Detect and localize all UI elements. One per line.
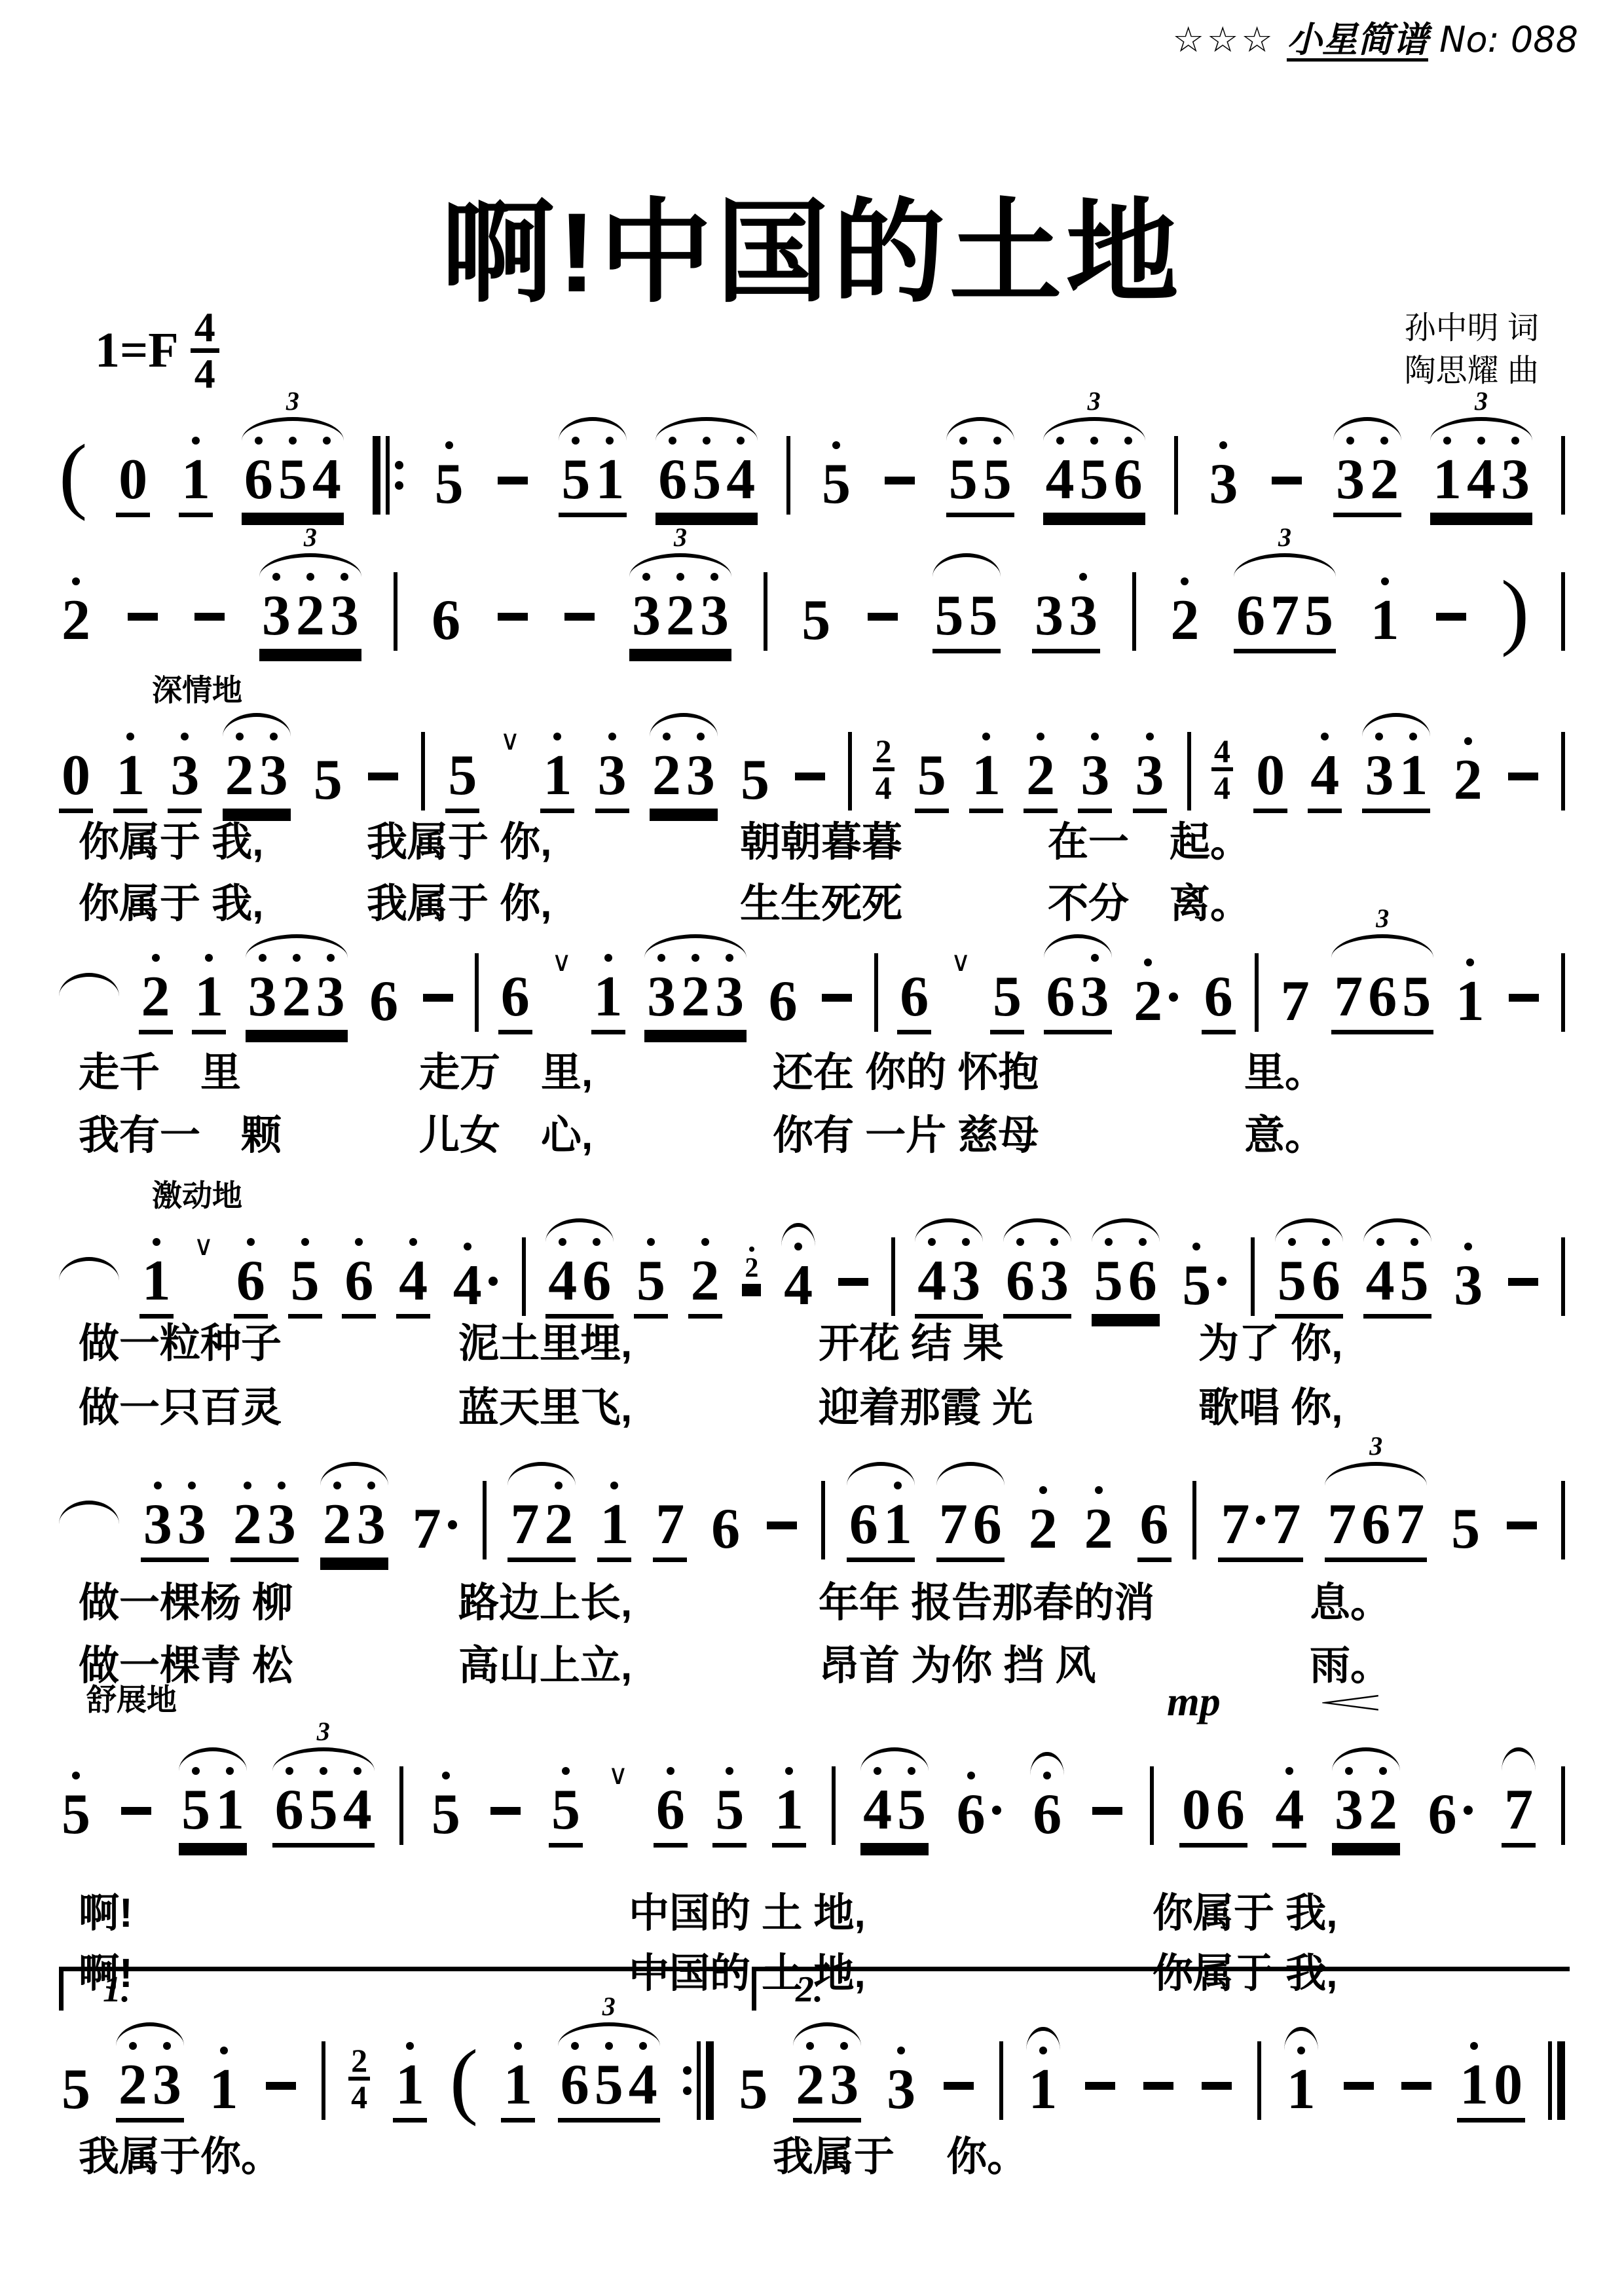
note: 2 bbox=[1131, 973, 1182, 1034]
dash-note bbox=[125, 596, 160, 653]
slur-arc-icon bbox=[915, 1218, 983, 1242]
dash-note bbox=[1269, 460, 1304, 517]
slur-arc-icon bbox=[545, 1218, 614, 1242]
lyric-segment: 还在 你的 怀抱 bbox=[773, 1040, 1039, 1098]
lyric-segment: 高山上立, bbox=[458, 1633, 632, 1691]
lyric-segment: 路边上长, bbox=[458, 1570, 632, 1628]
note: 1 bbox=[1453, 973, 1487, 1034]
slur-arc-icon bbox=[1362, 713, 1430, 737]
dash-note bbox=[1199, 2065, 1234, 2123]
dash-note bbox=[1433, 596, 1469, 653]
note: 5 bbox=[59, 1786, 93, 1848]
slur-arc-icon bbox=[1363, 1218, 1431, 1242]
lyric-segment: 做一粒种子 bbox=[79, 1311, 282, 1369]
note: 23 bbox=[320, 1496, 388, 1562]
note: 2 bbox=[1168, 592, 1202, 653]
note: 6 bbox=[654, 1781, 688, 1848]
note: 1 bbox=[772, 1781, 806, 1848]
dash-note bbox=[836, 1261, 871, 1319]
parenthesis: ( bbox=[450, 2037, 478, 2123]
note: 56 bbox=[1275, 1252, 1343, 1319]
note: 1 bbox=[179, 451, 213, 517]
slur-arc-icon bbox=[781, 1223, 815, 1247]
note: 5 bbox=[915, 747, 949, 813]
slur-arc-icon bbox=[179, 1747, 247, 1771]
dash-note bbox=[941, 2065, 976, 2123]
tempo-marking: 激动地 bbox=[152, 1172, 242, 1215]
note: 61 bbox=[847, 1496, 915, 1562]
dash-note bbox=[882, 460, 917, 517]
barline bbox=[1174, 431, 1178, 517]
slur-arc-icon bbox=[1275, 1218, 1343, 1242]
note: 6543 bbox=[558, 2056, 660, 2123]
note: 6 bbox=[766, 973, 800, 1034]
note: 10 bbox=[1457, 2056, 1525, 2123]
note: 2 bbox=[1451, 752, 1485, 813]
lyric-segment: 开花 结 果 bbox=[819, 1311, 1003, 1369]
barline bbox=[421, 727, 425, 813]
dash-note bbox=[365, 756, 401, 813]
barline bbox=[1150, 1761, 1154, 1848]
note: 46 bbox=[545, 1252, 614, 1319]
triplet-arc-icon bbox=[558, 2022, 660, 2046]
dash-note bbox=[1505, 1261, 1541, 1319]
tie-arc-icon bbox=[59, 1501, 119, 1523]
dash-note bbox=[1341, 2065, 1376, 2123]
lyric-segment: 不分 离。 bbox=[1048, 871, 1251, 929]
note: 6753 bbox=[1234, 587, 1336, 653]
note: 654 bbox=[655, 451, 758, 517]
note: 5 bbox=[1449, 1501, 1483, 1562]
note: 323 bbox=[644, 968, 747, 1034]
lyric-segment: 中国的 土 地, bbox=[629, 1880, 866, 1939]
dash-note bbox=[562, 596, 597, 653]
slur-arc-icon bbox=[847, 1462, 915, 1485]
slur-arc-icon bbox=[1502, 1747, 1536, 1771]
barline bbox=[483, 1476, 487, 1562]
note: 23 bbox=[650, 747, 718, 813]
augmentation-dot-icon bbox=[1256, 1516, 1265, 1525]
note: 5 bbox=[799, 592, 833, 653]
slur-arc-icon bbox=[936, 1462, 1005, 1485]
triplet-number: 3 bbox=[1088, 388, 1101, 414]
note: 6 bbox=[1137, 1496, 1172, 1562]
barline bbox=[1257, 2036, 1261, 2123]
lyric-segment: 你属于 我, bbox=[1153, 1880, 1337, 1939]
note: 4 bbox=[451, 1257, 502, 1319]
note: 33 bbox=[1032, 587, 1100, 653]
triplet-arc-icon bbox=[1331, 934, 1433, 958]
note: 5 bbox=[432, 456, 466, 517]
slur-arc-icon bbox=[1003, 1218, 1071, 1242]
lyric-segment: 歌唱 你, bbox=[1198, 1375, 1342, 1433]
triplet-arc-icon bbox=[1325, 1462, 1427, 1485]
dash-note bbox=[420, 977, 456, 1034]
augmentation-dot-icon bbox=[1217, 1277, 1227, 1286]
lyric-segment: 泥土里埋, bbox=[458, 1311, 632, 1369]
triplet-arc-icon bbox=[1234, 553, 1336, 577]
note: 6 bbox=[1426, 1786, 1477, 1848]
lyric-segment: 在一 起。 bbox=[1048, 809, 1251, 867]
note: 45 bbox=[860, 1781, 929, 1848]
song-title: 啊!中国的土地 bbox=[441, 162, 1182, 324]
dash-note bbox=[1090, 1790, 1125, 1848]
tempo-marking: 深情地 bbox=[152, 666, 242, 710]
note: 77 bbox=[1218, 1496, 1303, 1562]
lyric-segment: 雨。 bbox=[1310, 1633, 1391, 1691]
lyric-segment: 蓝天里飞, bbox=[458, 1375, 632, 1433]
note: 2 bbox=[1082, 1501, 1116, 1562]
barline bbox=[821, 1476, 825, 1562]
slur-arc-icon bbox=[223, 713, 291, 737]
slur-arc-icon bbox=[932, 553, 1001, 577]
barline bbox=[399, 1761, 403, 1848]
lyric-segment: 昂首 为你 挡 风 bbox=[819, 1633, 1096, 1691]
slur-arc-icon bbox=[655, 417, 758, 441]
note: 5 bbox=[990, 968, 1024, 1034]
triplet-number: 3 bbox=[1475, 388, 1488, 414]
slur-arc-icon bbox=[1284, 2027, 1318, 2050]
barline bbox=[832, 1761, 836, 1848]
note: 1 bbox=[1368, 592, 1402, 653]
note: 4563 bbox=[1043, 451, 1145, 517]
series-brand: 小星简谱 bbox=[1287, 19, 1428, 60]
note: 3 bbox=[1078, 747, 1112, 813]
note: 1 bbox=[393, 2056, 427, 2123]
barline bbox=[874, 948, 878, 1034]
note: 1 bbox=[113, 747, 147, 813]
system-verse-b: 2132366∨132366∨56326776531 bbox=[59, 936, 1565, 1034]
triplet-arc-icon bbox=[272, 1747, 375, 1771]
volta-bracket-1: 1. bbox=[59, 1967, 745, 2011]
note: 5 bbox=[549, 1781, 583, 1848]
note: 5 bbox=[634, 1252, 668, 1319]
time-signature: 4 4 bbox=[191, 306, 219, 395]
barline bbox=[394, 567, 397, 653]
triplet-number: 3 bbox=[1369, 1433, 1382, 1459]
note: 1433 bbox=[1430, 451, 1532, 517]
dash-note bbox=[1504, 1504, 1540, 1562]
dash-note bbox=[192, 596, 227, 653]
dash-note bbox=[488, 1790, 523, 1848]
note: 7 bbox=[653, 1496, 687, 1562]
augmentation-dot-icon bbox=[1169, 993, 1178, 1002]
note: 0 bbox=[1253, 747, 1287, 813]
volta-bracket-2: 2. bbox=[752, 1967, 1570, 2011]
note: 23 bbox=[793, 2056, 861, 2123]
barline bbox=[522, 1232, 526, 1319]
note: 2 bbox=[139, 968, 173, 1034]
dynamic-mp: mp bbox=[1167, 1677, 1221, 1726]
note: 2 bbox=[688, 1252, 722, 1319]
note: 51 bbox=[179, 1781, 247, 1848]
slur-arc-icon bbox=[1332, 1747, 1400, 1771]
augmentation-dot-icon bbox=[489, 1277, 498, 1286]
system-coda-a: 551654355∨65145660643267 bbox=[59, 1749, 1565, 1848]
slur-arc-icon bbox=[116, 2022, 184, 2046]
system-chorus-a: 1∨65644465224436356556453 bbox=[59, 1220, 1565, 1319]
note: 23 bbox=[116, 2056, 184, 2123]
volta-label: 2. bbox=[796, 1969, 823, 2011]
note: 23 bbox=[223, 747, 291, 813]
note: 32 bbox=[1333, 451, 1401, 517]
note: 5 bbox=[712, 1781, 747, 1848]
triplet-number: 3 bbox=[1376, 905, 1389, 932]
system-chorus-b: 33232377217661762267776735 bbox=[59, 1464, 1565, 1562]
note: 1 bbox=[969, 747, 1003, 813]
slur-arc-icon bbox=[860, 1747, 929, 1771]
augmentation-dot-icon bbox=[992, 1806, 1001, 1815]
barline bbox=[322, 2036, 325, 2123]
triplet-number: 3 bbox=[674, 524, 687, 551]
note: 7673 bbox=[1325, 1496, 1427, 1562]
note: 5 bbox=[1179, 1257, 1230, 1319]
note: 55 bbox=[946, 451, 1014, 517]
dash-note bbox=[1506, 977, 1541, 1034]
dash-note bbox=[819, 977, 855, 1034]
triplet-arc-icon bbox=[1043, 417, 1145, 441]
slur-arc-icon bbox=[650, 713, 718, 737]
inline-time-signature: 24 bbox=[348, 2044, 370, 2117]
breath-mark-icon: ∨ bbox=[500, 727, 521, 758]
slur-arc-icon bbox=[320, 1462, 388, 1485]
composer: 陶思耀 曲 bbox=[1405, 350, 1539, 393]
parenthesis: ( bbox=[59, 432, 87, 517]
slur-arc-icon bbox=[1092, 1218, 1160, 1242]
note: 6 bbox=[1030, 1786, 1064, 1848]
note: 2 bbox=[1024, 747, 1058, 813]
note: 6 bbox=[367, 973, 401, 1034]
lyric-segment: 做一只百灵 bbox=[79, 1375, 282, 1433]
note: 3 bbox=[168, 747, 202, 813]
barline bbox=[1561, 727, 1565, 813]
note: 4 bbox=[781, 1257, 815, 1319]
slur-arc-icon bbox=[793, 2022, 861, 2046]
lyric-segment: 你有 一片 慈母 bbox=[773, 1102, 1039, 1161]
note: 6 bbox=[342, 1252, 376, 1319]
note: 3233 bbox=[629, 587, 731, 653]
inline-time-signature: 44 bbox=[1211, 735, 1233, 808]
lyric-segment: 我属于你。 bbox=[79, 2124, 282, 2182]
note: 5 bbox=[311, 752, 345, 813]
slur-arc-icon bbox=[1026, 2027, 1060, 2050]
lyric-segment: 我属于 你。 bbox=[773, 2124, 1027, 2182]
lyric-segment: 做一棵杨 柳 bbox=[79, 1570, 293, 1628]
lyric-segment: 我属于 你, bbox=[367, 871, 551, 929]
note: 3 bbox=[1133, 747, 1167, 813]
note: 6 bbox=[498, 968, 532, 1034]
note: 3 bbox=[884, 2061, 918, 2123]
stars-icon: ☆☆☆ bbox=[1173, 19, 1276, 60]
note: 6 bbox=[709, 1501, 743, 1562]
inline-time-signature: 24 bbox=[873, 735, 895, 808]
dash-note bbox=[1505, 756, 1541, 813]
barline bbox=[1561, 567, 1565, 653]
note: 4 bbox=[1272, 1781, 1306, 1848]
note: 6 bbox=[429, 592, 463, 653]
dash-note bbox=[495, 460, 530, 517]
slur-arc-icon bbox=[507, 1462, 576, 1485]
triplet-number: 3 bbox=[304, 524, 317, 551]
key-signature: 1=F 4 4 bbox=[95, 306, 219, 395]
final-barline bbox=[1548, 2036, 1565, 2123]
barline bbox=[786, 431, 790, 517]
note: 7 bbox=[1502, 1781, 1536, 1848]
barline bbox=[891, 1232, 895, 1319]
note: 31 bbox=[1362, 747, 1430, 813]
note: 1 bbox=[501, 2056, 535, 2123]
note: 6 bbox=[234, 1252, 268, 1319]
dash-note bbox=[119, 1790, 154, 1848]
tie-arc-icon bbox=[59, 973, 119, 995]
note: 3 bbox=[1451, 1257, 1485, 1319]
dash-note bbox=[865, 596, 900, 653]
note: 2 bbox=[59, 592, 93, 653]
note: 43 bbox=[915, 1252, 983, 1319]
barline bbox=[1561, 1761, 1565, 1848]
note: 06 bbox=[1179, 1781, 1247, 1848]
dash-note bbox=[1141, 2065, 1176, 2123]
page-header: ☆☆☆ 小星简谱 No: 088 bbox=[1173, 12, 1578, 62]
note: 323 bbox=[246, 968, 348, 1034]
slur-arc-icon bbox=[946, 417, 1014, 441]
tempo-marking: 舒展地 bbox=[86, 1676, 177, 1719]
barline bbox=[1187, 727, 1191, 813]
triplet-number: 3 bbox=[1278, 524, 1291, 551]
credits: 孙中明 词 陶思耀 曲 bbox=[1405, 308, 1539, 393]
barline bbox=[1561, 1232, 1565, 1319]
grace-note: 2 bbox=[742, 1254, 761, 1288]
parenthesis: ) bbox=[1501, 568, 1529, 653]
note: 6 bbox=[897, 968, 931, 1034]
note: 4 bbox=[1308, 747, 1342, 813]
triplet-number: 3 bbox=[286, 388, 299, 414]
breath-mark-icon: ∨ bbox=[193, 1232, 213, 1264]
note: 76 bbox=[936, 1496, 1005, 1562]
lyric-segment: 我有一 颗 bbox=[79, 1102, 282, 1161]
note: 1 bbox=[1284, 2061, 1318, 2123]
note: 6 bbox=[1202, 968, 1236, 1034]
key-label: 1=F bbox=[95, 322, 179, 379]
lyric-segment: 啊! bbox=[79, 1880, 133, 1939]
slur-arc-icon bbox=[1044, 934, 1112, 958]
lyric-segment: 走千 里 bbox=[79, 1040, 241, 1098]
note: 56 bbox=[1092, 1252, 1160, 1319]
lyric-segment: 里。 bbox=[1244, 1040, 1325, 1098]
system-coda-b: 5231241(1654352331110 bbox=[59, 2024, 1565, 2123]
lyric-segment: 你属于 我, bbox=[79, 809, 263, 867]
barline bbox=[999, 2036, 1003, 2123]
slur-arc-icon bbox=[1030, 1752, 1064, 1776]
barline bbox=[764, 567, 767, 653]
lyric-segment: 生生死死 bbox=[740, 871, 902, 929]
repeat-start-barline bbox=[373, 431, 403, 517]
dash-note bbox=[1082, 2065, 1118, 2123]
dash-note bbox=[495, 596, 530, 653]
slur-arc-icon bbox=[644, 934, 747, 958]
augmentation-dot-icon bbox=[448, 1520, 457, 1529]
breath-mark-icon: ∨ bbox=[951, 948, 971, 979]
note: 0 bbox=[59, 747, 93, 813]
lyric-segment: 息。 bbox=[1310, 1570, 1391, 1628]
repeat-end-barline bbox=[683, 2036, 714, 2123]
dash-note bbox=[792, 756, 828, 813]
lyric-segment: 迎着那霞 光 bbox=[819, 1375, 1033, 1433]
slur-arc-icon bbox=[1333, 417, 1401, 441]
barline bbox=[1561, 948, 1565, 1034]
note: 5 bbox=[736, 2061, 770, 2123]
note: 5 bbox=[288, 1252, 322, 1319]
time-signature-numerator: 4 bbox=[191, 306, 219, 353]
barline bbox=[1561, 1476, 1565, 1562]
lyric-segment: 朝朝暮暮 bbox=[740, 809, 902, 867]
note: 1 bbox=[1026, 2061, 1060, 2123]
triplet-arc-icon bbox=[242, 417, 344, 441]
slur-arc-icon bbox=[246, 934, 348, 958]
lyric-segment: 儿女 心, bbox=[419, 1102, 593, 1161]
triplet-arc-icon bbox=[1430, 417, 1532, 441]
note: 72 bbox=[507, 1496, 576, 1562]
tie-arc-icon bbox=[59, 1257, 119, 1279]
note: 55 bbox=[932, 587, 1001, 653]
lyric-segment: 我属于 你, bbox=[367, 809, 551, 867]
barline bbox=[1255, 948, 1259, 1034]
note: 2 bbox=[1026, 1501, 1060, 1562]
note: 1 bbox=[139, 1252, 174, 1319]
barline bbox=[848, 727, 852, 813]
barline bbox=[475, 948, 479, 1034]
note: 32 bbox=[1332, 1781, 1400, 1848]
breath-mark-icon: ∨ bbox=[551, 948, 572, 979]
note: 23 bbox=[231, 1496, 299, 1562]
note: 6543 bbox=[242, 451, 344, 517]
note: 5 bbox=[445, 747, 479, 813]
note: 7 bbox=[410, 1501, 461, 1562]
note: 5 bbox=[59, 2061, 93, 2123]
note: 7653 bbox=[1331, 968, 1433, 1034]
barline bbox=[1192, 1476, 1196, 1562]
note: 1 bbox=[192, 968, 226, 1034]
note: 6543 bbox=[272, 1781, 375, 1848]
note: 6 bbox=[954, 1786, 1005, 1848]
system-intro-2: 232336323355533267531) bbox=[59, 555, 1565, 653]
lyric-segment: 为了 你, bbox=[1198, 1311, 1342, 1369]
note: 1 bbox=[207, 2061, 241, 2123]
lyric-segment: 你属于 我, bbox=[79, 871, 263, 929]
note: 63 bbox=[1044, 968, 1112, 1034]
lyric-segment: 走万 里, bbox=[419, 1040, 593, 1098]
dash-note bbox=[263, 2065, 299, 2123]
breath-mark-icon: ∨ bbox=[608, 1761, 629, 1793]
time-signature-denominator: 4 bbox=[194, 353, 215, 395]
note: 3 bbox=[595, 747, 629, 813]
triplet-arc-icon bbox=[629, 553, 731, 577]
note: 1 bbox=[597, 1496, 631, 1562]
note: 45 bbox=[1363, 1252, 1431, 1319]
barline bbox=[1561, 431, 1565, 517]
lyric-segment: 意。 bbox=[1244, 1102, 1325, 1161]
sheet-music-page: ☆☆☆ 小星简谱 No: 088 啊!中国的土地 1=F 4 4 孙中明 词 陶… bbox=[0, 0, 1624, 2296]
note: 1 bbox=[540, 747, 574, 813]
barline bbox=[1132, 567, 1136, 653]
note: 3 bbox=[1206, 456, 1240, 517]
system-intro-1: (01654355165455545633321433 bbox=[59, 419, 1565, 517]
barline bbox=[1251, 1232, 1255, 1319]
note: 51 bbox=[559, 451, 627, 517]
lyricist: 孙中明 词 bbox=[1405, 308, 1539, 350]
triplet-number: 3 bbox=[317, 1719, 330, 1745]
triplet-arc-icon bbox=[259, 553, 361, 577]
